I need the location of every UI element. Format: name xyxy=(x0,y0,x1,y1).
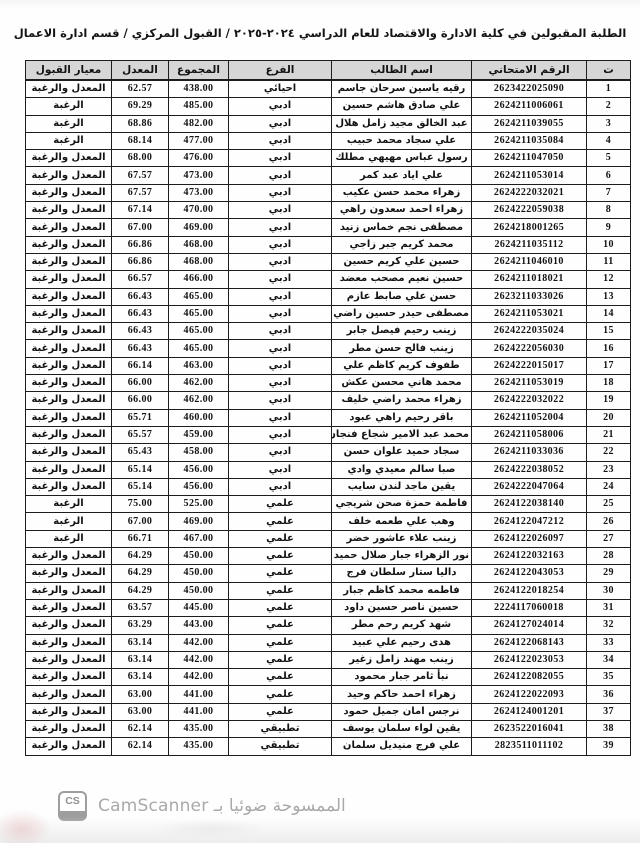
table-row: 30 2624122018254 فاطمه محمد كاظم جبار عل… xyxy=(26,582,631,599)
cell-total: 445.00 xyxy=(169,599,229,616)
cell-branch: ادبي xyxy=(229,236,332,253)
cell-total: 442.00 xyxy=(169,651,229,668)
cell-branch: علمي xyxy=(229,634,332,651)
cell-student-name: مصطفى حيدر حسين راضي xyxy=(332,305,472,322)
table-row: 23 2624222038052 صبا سالم معيدي وادي ادب… xyxy=(26,461,631,478)
cell-exam-number: 2624222032022 xyxy=(472,392,587,409)
cell-criterion: المعدل والرغبة xyxy=(26,461,112,478)
cell-student-name: حسين نعيم مصحب معضد xyxy=(332,271,472,288)
cell-index: 13 xyxy=(587,288,631,305)
cell-total: 468.00 xyxy=(169,253,229,270)
cell-average: 66.43 xyxy=(112,288,169,305)
cell-student-name: زهراء احمد حاكم وحيد xyxy=(332,686,472,703)
table-row: 34 2624122023053 زينب مهند زامل زغير علم… xyxy=(26,651,631,668)
table-row: 2 2624211006061 علي صادق هاشم حسين ادبي … xyxy=(26,98,631,115)
cell-index: 11 xyxy=(587,253,631,270)
column-header-student-name: اسم الطالب xyxy=(332,61,472,81)
cell-exam-number: 2624122068143 xyxy=(472,634,587,651)
cell-criterion: المعدل والرغبة xyxy=(26,720,112,737)
cell-student-name: محمد هاني محسن عكش xyxy=(332,375,472,392)
cell-criterion: المعدل والرغبة xyxy=(26,305,112,322)
cell-student-name: زينب مهند زامل زغير xyxy=(332,651,472,668)
cell-student-name: نرجس امان جميل حمود xyxy=(332,703,472,720)
table-row: 3 2624211039055 عبد الخالق مجيد زامل هلا… xyxy=(26,115,631,132)
cell-student-name: زهراء محمد راضي خليف xyxy=(332,392,472,409)
cell-total: 470.00 xyxy=(169,202,229,219)
table-row: 5 2624211047050 رسول عباس مهيهي مطلك ادب… xyxy=(26,150,631,167)
cell-exam-number: 2224117060018 xyxy=(472,599,587,616)
table-row: 13 2623211033026 حسن علي صابط عازم ادبي … xyxy=(26,288,631,305)
cell-student-name: زهراء احمد سعدون راهي xyxy=(332,202,472,219)
table-row: 8 2624222059038 زهراء احمد سعدون راهي اد… xyxy=(26,202,631,219)
cell-exam-number: 2624211058006 xyxy=(472,426,587,443)
cell-total: 450.00 xyxy=(169,582,229,599)
cell-average: 65.57 xyxy=(112,426,169,443)
cell-exam-number: 2624211006061 xyxy=(472,98,587,115)
cell-exam-number: 2623211033026 xyxy=(472,288,587,305)
cell-criterion: الرغبة xyxy=(26,115,112,132)
cell-criterion: المعدل والرغبة xyxy=(26,599,112,616)
cell-student-name: محمد كريم جبر زاجي xyxy=(332,236,472,253)
cell-average: 69.29 xyxy=(112,98,169,115)
table-row: 11 2624211046010 حسين علي كريم حسين ادبي… xyxy=(26,253,631,270)
cell-criterion: المعدل والرغبة xyxy=(26,634,112,651)
cell-criterion: المعدل والرغبة xyxy=(26,582,112,599)
cell-branch: ادبي xyxy=(229,323,332,340)
cell-average: 66.86 xyxy=(112,253,169,270)
cell-branch: ادبي xyxy=(229,357,332,374)
cell-total: 477.00 xyxy=(169,132,229,149)
cell-student-name: مصطفى نجم خماس زنيد xyxy=(332,219,472,236)
cell-exam-number: 2624211046010 xyxy=(472,253,587,270)
cell-average: 68.86 xyxy=(112,115,169,132)
cell-student-name: زينب رحيم فيصل جابر xyxy=(332,323,472,340)
cell-criterion: المعدل والرغبة xyxy=(26,426,112,443)
cell-student-name: فاطمه محمد كاظم جبار xyxy=(332,582,472,599)
cell-student-name: صبا سالم معيدي وادي xyxy=(332,461,472,478)
cell-average: 67.57 xyxy=(112,167,169,184)
column-header-average: المعدل xyxy=(112,61,169,81)
cell-index: 12 xyxy=(587,271,631,288)
cell-average: 68.00 xyxy=(112,150,169,167)
cell-total: 473.00 xyxy=(169,167,229,184)
cell-student-name: محمد عبد الامير شجاع فنجان xyxy=(332,426,472,443)
cell-average: 66.71 xyxy=(112,530,169,547)
table-row: 14 2624211053021 مصطفى حيدر حسين راضي اد… xyxy=(26,305,631,322)
cell-average: 66.00 xyxy=(112,375,169,392)
cell-criterion: المعدل والرغبة xyxy=(26,202,112,219)
cell-total: 525.00 xyxy=(169,496,229,513)
table-row: 31 2224117060018 حسين ناصر حسين داود علم… xyxy=(26,599,631,616)
cell-total: 460.00 xyxy=(169,409,229,426)
cell-branch: تطبيقي xyxy=(229,738,332,755)
cell-average: 65.43 xyxy=(112,444,169,461)
table-row: 1 2623422025090 رقيه ياسين سرحان جاسم اح… xyxy=(26,80,631,98)
cell-total: 473.00 xyxy=(169,184,229,201)
cell-index: 8 xyxy=(587,202,631,219)
cell-index: 29 xyxy=(587,565,631,582)
cell-exam-number: 2823511011102 xyxy=(472,738,587,755)
cell-index: 31 xyxy=(587,599,631,616)
cell-exam-number: 2624122026097 xyxy=(472,530,587,547)
cell-average: 64.29 xyxy=(112,565,169,582)
cell-average: 65.71 xyxy=(112,409,169,426)
cell-average: 65.14 xyxy=(112,478,169,495)
cell-student-name: هدى رحيم علي عبيد xyxy=(332,634,472,651)
table-row: 32 2624127024014 شهد كريم رحم مطر علمي 4… xyxy=(26,617,631,634)
cell-criterion: المعدل والرغبة xyxy=(26,651,112,668)
table-row: 37 2624124001201 نرجس امان جميل حمود علم… xyxy=(26,703,631,720)
cell-student-name: يقين لواء سلمان يوسف xyxy=(332,720,472,737)
cell-index: 6 xyxy=(587,167,631,184)
cell-index: 3 xyxy=(587,115,631,132)
cell-average: 63.00 xyxy=(112,703,169,720)
cell-average: 66.14 xyxy=(112,357,169,374)
cell-index: 2 xyxy=(587,98,631,115)
cell-student-name: علي اياد عبد كمر xyxy=(332,167,472,184)
cell-exam-number: 2624222015017 xyxy=(472,357,587,374)
cell-branch: علمي xyxy=(229,548,332,565)
table-row: 7 2624222032021 زهراء محمد حسن عكيب ادبي… xyxy=(26,184,631,201)
cell-criterion: المعدل والرغبة xyxy=(26,703,112,720)
cell-total: 465.00 xyxy=(169,288,229,305)
cell-index: 9 xyxy=(587,219,631,236)
cell-total: 458.00 xyxy=(169,444,229,461)
cell-average: 65.14 xyxy=(112,461,169,478)
cell-total: 450.00 xyxy=(169,565,229,582)
table-row: 29 2624122043053 داليا ستار سلطان فرج عل… xyxy=(26,565,631,582)
cell-branch: تطبيقي xyxy=(229,720,332,737)
table-row: 18 2624211053019 محمد هاني محسن عكش ادبي… xyxy=(26,375,631,392)
table-row: 17 2624222015017 طفوف كريم كاظم علي ادبي… xyxy=(26,357,631,374)
cell-average: 62.57 xyxy=(112,80,169,98)
cell-total: 462.00 xyxy=(169,392,229,409)
cell-total: 435.00 xyxy=(169,720,229,737)
cell-branch: علمي xyxy=(229,565,332,582)
column-header-exam-number: الرقم الامتحاني xyxy=(472,61,587,81)
cell-student-name: زينب فالح حسن مطر xyxy=(332,340,472,357)
cell-index: 30 xyxy=(587,582,631,599)
cell-index: 5 xyxy=(587,150,631,167)
cell-student-name: زهراء محمد حسن عكيب xyxy=(332,184,472,201)
cell-exam-number: 2624127024014 xyxy=(472,617,587,634)
cell-exam-number: 2624124001201 xyxy=(472,703,587,720)
cell-total: 465.00 xyxy=(169,305,229,322)
scan-artifact-top-edge xyxy=(0,0,640,10)
scan-artifact-pink-smudge xyxy=(0,809,52,843)
cell-average: 66.86 xyxy=(112,236,169,253)
cell-exam-number: 2623522016041 xyxy=(472,720,587,737)
scan-artifact-bottom-edge xyxy=(0,817,640,843)
cell-total: 442.00 xyxy=(169,634,229,651)
cell-student-name: وهب علي طعمه خلف xyxy=(332,513,472,530)
cell-index: 24 xyxy=(587,478,631,495)
cell-branch: علمي xyxy=(229,703,332,720)
cell-exam-number: 2624211033036 xyxy=(472,444,587,461)
cell-branch: ادبي xyxy=(229,167,332,184)
cell-total: 456.00 xyxy=(169,461,229,478)
cell-branch: علمي xyxy=(229,530,332,547)
cell-criterion: المعدل والرغبة xyxy=(26,150,112,167)
cell-exam-number: 2624122022093 xyxy=(472,686,587,703)
cell-index: 23 xyxy=(587,461,631,478)
cell-index: 34 xyxy=(587,651,631,668)
cell-branch: علمي xyxy=(229,496,332,513)
cell-average: 67.14 xyxy=(112,202,169,219)
cell-index: 4 xyxy=(587,132,631,149)
table-row: 27 2624122026097 زينب علاء عاشور خضر علم… xyxy=(26,530,631,547)
cell-exam-number: 2624122038140 xyxy=(472,496,587,513)
table-row: 21 2624211058006 محمد عبد الامير شجاع فن… xyxy=(26,426,631,443)
page-title: الطلبة المقبولين في كلية الادارة والاقتص… xyxy=(0,26,640,40)
cell-total: 465.00 xyxy=(169,340,229,357)
camscanner-logo-label: CS xyxy=(60,795,85,807)
cell-exam-number: 2624211035084 xyxy=(472,132,587,149)
cell-exam-number: 2624218001265 xyxy=(472,219,587,236)
cell-criterion: المعدل والرغبة xyxy=(26,184,112,201)
cell-exam-number: 2624222038052 xyxy=(472,461,587,478)
cell-index: 38 xyxy=(587,720,631,737)
cell-branch: علمي xyxy=(229,651,332,668)
cell-branch: علمي xyxy=(229,513,332,530)
cell-average: 66.43 xyxy=(112,305,169,322)
cell-total: 465.00 xyxy=(169,323,229,340)
cell-total: 441.00 xyxy=(169,703,229,720)
cell-index: 20 xyxy=(587,409,631,426)
cell-average: 63.14 xyxy=(112,669,169,686)
cell-average: 66.43 xyxy=(112,340,169,357)
cell-exam-number: 2624122032163 xyxy=(472,548,587,565)
cell-total: 459.00 xyxy=(169,426,229,443)
cell-criterion: المعدل والرغبة xyxy=(26,323,112,340)
cell-exam-number: 2623422025090 xyxy=(472,80,587,98)
cell-exam-number: 2624122018254 xyxy=(472,582,587,599)
cell-index: 10 xyxy=(587,236,631,253)
column-header-branch: الفرع xyxy=(229,61,332,81)
cell-branch: ادبي xyxy=(229,340,332,357)
cell-average: 64.29 xyxy=(112,548,169,565)
cell-branch: علمي xyxy=(229,669,332,686)
cell-exam-number: 2624222032021 xyxy=(472,184,587,201)
cell-criterion: المعدل والرغبة xyxy=(26,669,112,686)
cell-average: 66.00 xyxy=(112,392,169,409)
cell-criterion: الرغبة xyxy=(26,513,112,530)
cell-average: 64.29 xyxy=(112,582,169,599)
cell-branch: ادبي xyxy=(229,219,332,236)
cell-branch: علمي xyxy=(229,599,332,616)
table-row: 33 2624122068143 هدى رحيم علي عبيد علمي … xyxy=(26,634,631,651)
cell-criterion: المعدل والرغبة xyxy=(26,253,112,270)
cell-student-name: علي فرج منيديل سلمان xyxy=(332,738,472,755)
cell-average: 67.00 xyxy=(112,219,169,236)
cell-exam-number: 2624211052004 xyxy=(472,409,587,426)
cell-average: 67.00 xyxy=(112,513,169,530)
cell-total: 468.00 xyxy=(169,236,229,253)
cell-student-name: شهد كريم رحم مطر xyxy=(332,617,472,634)
cell-average: 63.14 xyxy=(112,651,169,668)
cell-total: 485.00 xyxy=(169,98,229,115)
column-header-criterion: معيار القبول xyxy=(26,61,112,81)
cell-total: 442.00 xyxy=(169,669,229,686)
cell-average: 62.14 xyxy=(112,720,169,737)
cell-branch: ادبي xyxy=(229,392,332,409)
table-row: 26 2624122047212 وهب علي طعمه خلف علمي 4… xyxy=(26,513,631,530)
cell-criterion: المعدل والرغبة xyxy=(26,288,112,305)
cell-branch: ادبي xyxy=(229,409,332,426)
cell-index: 18 xyxy=(587,375,631,392)
cell-branch: ادبي xyxy=(229,426,332,443)
cell-index: 16 xyxy=(587,340,631,357)
cell-criterion: المعدل والرغبة xyxy=(26,357,112,374)
cell-total: 450.00 xyxy=(169,548,229,565)
cell-index: 26 xyxy=(587,513,631,530)
cell-exam-number: 2624211053014 xyxy=(472,167,587,184)
watermark-text: الممسوحة ضوئيا بـ CamScanner xyxy=(98,796,346,816)
cell-branch: علمي xyxy=(229,582,332,599)
table-row: 19 2624222032022 زهراء محمد راضي خليف اد… xyxy=(26,392,631,409)
cell-exam-number: 2624222059038 xyxy=(472,202,587,219)
cell-student-name: علي صادق هاشم حسين xyxy=(332,98,472,115)
cell-student-name: نور الزهراء جبار صلال حميد xyxy=(332,548,472,565)
cell-index: 1 xyxy=(587,80,631,98)
cell-criterion: المعدل والرغبة xyxy=(26,617,112,634)
column-header-index: ت xyxy=(587,61,631,81)
scanned-document-page: الطلبة المقبولين في كلية الادارة والاقتص… xyxy=(0,0,640,843)
cell-exam-number: 2624211018021 xyxy=(472,271,587,288)
table-row: 6 2624211053014 علي اياد عبد كمر ادبي 47… xyxy=(26,167,631,184)
cell-exam-number: 2624122023053 xyxy=(472,651,587,668)
table-header-row: ت الرقم الامتحاني اسم الطالب الفرع المجم… xyxy=(26,61,631,81)
cell-branch: ادبي xyxy=(229,461,332,478)
cell-student-name: عبد الخالق مجيد زامل هلال xyxy=(332,115,472,132)
cell-total: 469.00 xyxy=(169,219,229,236)
table-row: 24 2624222047064 يقين ماجد لندن سايب ادب… xyxy=(26,478,631,495)
cell-criterion: المعدل والرغبة xyxy=(26,444,112,461)
cell-index: 28 xyxy=(587,548,631,565)
cell-index: 14 xyxy=(587,305,631,322)
cell-criterion: المعدل والرغبة xyxy=(26,375,112,392)
cell-criterion: المعدل والرغبة xyxy=(26,409,112,426)
cell-criterion: المعدل والرغبة xyxy=(26,236,112,253)
cell-exam-number: 2624222047064 xyxy=(472,478,587,495)
cell-branch: ادبي xyxy=(229,98,332,115)
table-body: 1 2623422025090 رقيه ياسين سرحان جاسم اح… xyxy=(26,80,631,755)
cell-criterion: المعدل والرغبة xyxy=(26,271,112,288)
cell-index: 15 xyxy=(587,323,631,340)
cell-exam-number: 2624122043053 xyxy=(472,565,587,582)
table-row: 28 2624122032163 نور الزهراء جبار صلال ح… xyxy=(26,548,631,565)
table-row: 10 2624211035112 محمد كريم جبر زاجي ادبي… xyxy=(26,236,631,253)
cell-branch: ادبي xyxy=(229,184,332,201)
cell-exam-number: 2624211039055 xyxy=(472,115,587,132)
cell-criterion: المعدل والرغبة xyxy=(26,219,112,236)
table-row: 12 2624211018021 حسين نعيم مصحب معضد ادب… xyxy=(26,271,631,288)
cell-criterion: الرغبة xyxy=(26,98,112,115)
cell-average: 66.43 xyxy=(112,323,169,340)
cell-criterion: المعدل والرغبة xyxy=(26,738,112,755)
cell-index: 22 xyxy=(587,444,631,461)
table-row: 38 2623522016041 يقين لواء سلمان يوسف تط… xyxy=(26,720,631,737)
cell-criterion: المعدل والرغبة xyxy=(26,686,112,703)
cell-index: 37 xyxy=(587,703,631,720)
admissions-table: ت الرقم الامتحاني اسم الطالب الفرع المجم… xyxy=(25,60,631,756)
cell-criterion: المعدل والرغبة xyxy=(26,565,112,582)
cell-total: 476.00 xyxy=(169,150,229,167)
cell-student-name: حسن علي صابط عازم xyxy=(332,288,472,305)
cell-student-name: داليا ستار سلطان فرج xyxy=(332,565,472,582)
cell-total: 435.00 xyxy=(169,738,229,755)
cell-total: 467.00 xyxy=(169,530,229,547)
table-row: 4 2624211035084 علي سجاد محمد حبيب ادبي … xyxy=(26,132,631,149)
cell-index: 35 xyxy=(587,669,631,686)
cell-student-name: زينب علاء عاشور خضر xyxy=(332,530,472,547)
table-row: 25 2624122038140 فاطمة حمزة صحن شريجي عل… xyxy=(26,496,631,513)
cell-student-name: رسول عباس مهيهي مطلك xyxy=(332,150,472,167)
cell-student-name: رقيه ياسين سرحان جاسم xyxy=(332,80,472,98)
cell-average: 63.29 xyxy=(112,617,169,634)
cell-branch: ادبي xyxy=(229,478,332,495)
cell-branch: ادبي xyxy=(229,305,332,322)
cell-total: 482.00 xyxy=(169,115,229,132)
cell-average: 66.57 xyxy=(112,271,169,288)
cell-branch: احيائي xyxy=(229,80,332,98)
cell-branch: ادبي xyxy=(229,253,332,270)
cell-branch: ادبي xyxy=(229,375,332,392)
cell-total: 462.00 xyxy=(169,375,229,392)
table-row: 15 2624222035024 زينب رحيم فيصل جابر ادب… xyxy=(26,323,631,340)
cell-criterion: المعدل والرغبة xyxy=(26,167,112,184)
cell-branch: ادبي xyxy=(229,132,332,149)
cell-index: 21 xyxy=(587,426,631,443)
cell-exam-number: 2624211035112 xyxy=(472,236,587,253)
cell-index: 36 xyxy=(587,686,631,703)
cell-total: 438.00 xyxy=(169,80,229,98)
cell-student-name: حسين علي كريم حسين xyxy=(332,253,472,270)
cell-criterion: المعدل والرغبة xyxy=(26,548,112,565)
cell-total: 456.00 xyxy=(169,478,229,495)
cell-student-name: فاطمة حمزة صحن شريجي xyxy=(332,496,472,513)
cell-index: 32 xyxy=(587,617,631,634)
cell-average: 63.00 xyxy=(112,686,169,703)
cell-index: 17 xyxy=(587,357,631,374)
cell-exam-number: 2624122082055 xyxy=(472,669,587,686)
column-header-total: المجموع xyxy=(169,61,229,81)
cell-branch: ادبي xyxy=(229,115,332,132)
cell-average: 67.57 xyxy=(112,184,169,201)
cell-index: 25 xyxy=(587,496,631,513)
table-row: 9 2624218001265 مصطفى نجم خماس زنيد ادبي… xyxy=(26,219,631,236)
cell-index: 27 xyxy=(587,530,631,547)
cell-total: 466.00 xyxy=(169,271,229,288)
cell-student-name: يقين ماجد لندن سايب xyxy=(332,478,472,495)
cell-criterion: المعدل والرغبة xyxy=(26,478,112,495)
cell-branch: علمي xyxy=(229,686,332,703)
cell-index: 7 xyxy=(587,184,631,201)
cell-average: 68.14 xyxy=(112,132,169,149)
cell-student-name: نبأ ثامر جبار محمود xyxy=(332,669,472,686)
cell-total: 443.00 xyxy=(169,617,229,634)
cell-criterion: الرغبة xyxy=(26,132,112,149)
cell-branch: ادبي xyxy=(229,288,332,305)
cell-criterion: المعدل والرغبة xyxy=(26,392,112,409)
cell-criterion: الرغبة xyxy=(26,530,112,547)
cell-exam-number: 2624211053021 xyxy=(472,305,587,322)
cell-average: 75.00 xyxy=(112,496,169,513)
cell-total: 441.00 xyxy=(169,686,229,703)
cell-exam-number: 2624222056030 xyxy=(472,340,587,357)
cell-average: 62.14 xyxy=(112,738,169,755)
cell-criterion: الرغبة xyxy=(26,496,112,513)
